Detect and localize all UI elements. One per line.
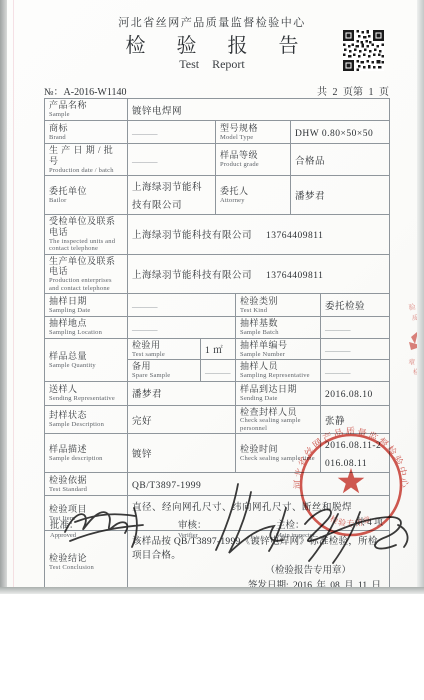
- field-label: 产品名称: [49, 100, 123, 111]
- edge-seal-fragment: 验 质 章 检: [403, 298, 417, 378]
- table-row: 样品总量Sample Quantity 检验用Test sample 1 ㎡ 抽…: [45, 339, 390, 360]
- empty-dash: ———: [325, 345, 351, 355]
- test-item-count: 共 4 项: [356, 515, 383, 528]
- photo-edge-right: [417, 0, 424, 593]
- empty-dash: ———: [325, 367, 351, 377]
- main-inspector-label: 主检： Main inspector: [276, 517, 315, 539]
- scanned-test-report: 河北省丝网产品质量监督检验中心 检 验 报 告 Test Report: [0, 0, 424, 700]
- company-name: 上海绿羽节能科技有限公司: [132, 231, 252, 241]
- photo-edge-bottom: [0, 587, 424, 594]
- approver-label: 批准： Approved: [50, 517, 79, 539]
- table-row: 委托单位Bailor 上海绿羽节能科技有限公司 委托人Attorney 潘梦君: [45, 176, 390, 215]
- table-row: 生产单位及联系电话Production enterprises and cont…: [45, 254, 390, 294]
- table-row: 生 产 日 期 / 批 号Production date / batch ———…: [45, 144, 390, 176]
- empty-dash: ———: [205, 367, 231, 377]
- issue-date: 签发日期: 2016 年 08 月 11 日: [132, 577, 385, 587]
- paper-sheet: 河北省丝网产品质量监督检验中心 检 验 报 告 Test Report: [7, 0, 417, 587]
- report-table: 产品名称Sample 镀锌电焊网 商标Brand ——— 型号规格Model T…: [44, 98, 390, 587]
- table-row: 样品描述Sample description 镀锌 检验时间Check seal…: [45, 434, 390, 473]
- verifier-label: 审核： Verifier: [178, 517, 207, 539]
- conclusion-text: 该样品按 QB/T3897-1999《镀锌电焊网》标准检验，所检项目合格。: [132, 533, 385, 561]
- field-value: 镀锌电焊网: [132, 107, 182, 117]
- table-row: 受检单位及联系电话The inspected units and contact…: [45, 215, 390, 255]
- test-item-list: 直径、经向网孔尺寸、纬向网孔尺寸、断丝和脱焊: [132, 503, 352, 513]
- table-row: 产品名称Sample 镀锌电焊网: [45, 99, 390, 121]
- table-row: 商标Brand ——— 型号规格Model Type DHW 0.80×50×5…: [45, 121, 390, 144]
- report-number-line: №：A-2016-W1140 共 2 页第 1 页: [44, 83, 389, 98]
- table-row: 抽样日期Sampling Date ——— 检验类别Test Kind 委托检验: [45, 294, 390, 317]
- svg-text:验: 验: [408, 302, 416, 312]
- phone-number: 13764409811: [266, 271, 323, 281]
- empty-dash: ———: [132, 324, 158, 334]
- table-row: 送样人Sending Representative 潘梦君 样品到达日期Send…: [45, 381, 390, 405]
- table-row: 抽样地点Sampling Location ——— 抽样基数Sample Bat…: [45, 317, 390, 339]
- empty-dash: ———: [132, 128, 158, 138]
- phone-number: 13764409811: [266, 231, 323, 241]
- empty-dash: ———: [325, 324, 351, 334]
- seal-note: （检验报告专用章）: [132, 562, 385, 576]
- company-name: 上海绿羽节能科技有限公司: [132, 271, 252, 281]
- table-row: 检验依据Test Standard QB/T3897-1999: [45, 473, 390, 496]
- empty-dash: ———: [132, 156, 158, 166]
- qr-code-icon: [343, 30, 384, 71]
- report-number: №：A-2016-W1140: [44, 83, 127, 98]
- table-row: 封样状态Sample Description 完好 检查封样人员Check se…: [45, 405, 390, 434]
- table-row: 检验结论Test Conclusion 该样品按 QB/T3897-1999《镀…: [45, 531, 390, 587]
- empty-dash: ———: [132, 301, 158, 311]
- org-name: 河北省丝网产品质量监督检验中心: [7, 14, 417, 30]
- svg-text:章: 章: [408, 357, 416, 367]
- page-indicator: 共 2 页第 1 页: [317, 83, 389, 98]
- table-row: 检验项目Test Item 直径、经向网孔尺寸、纬向网孔尺寸、断丝和脱焊 共 4…: [45, 496, 390, 531]
- photo-edge-left: [0, 0, 7, 593]
- paper-crease: [13, 0, 14, 587]
